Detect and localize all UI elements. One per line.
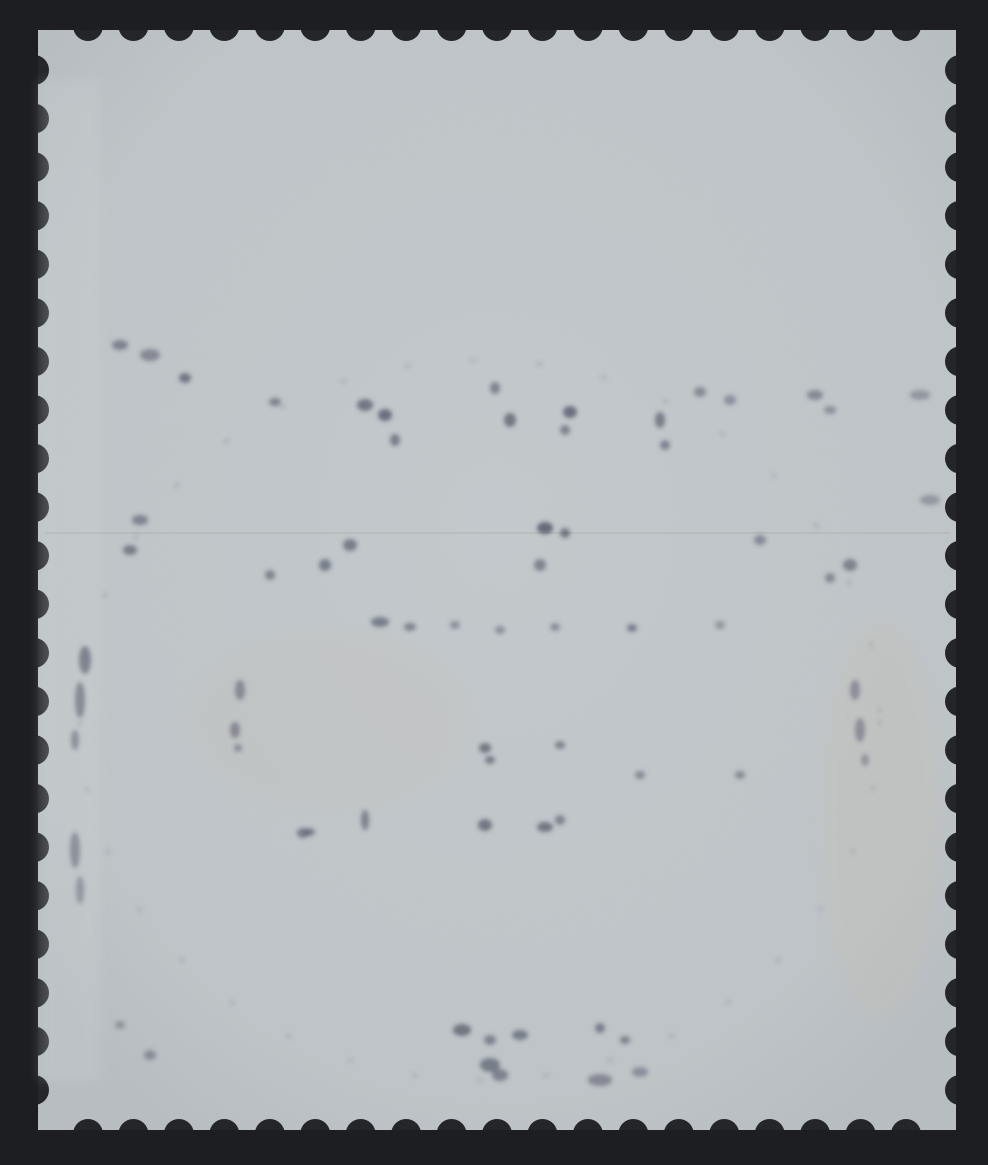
stamp-scene	[0, 0, 988, 1165]
